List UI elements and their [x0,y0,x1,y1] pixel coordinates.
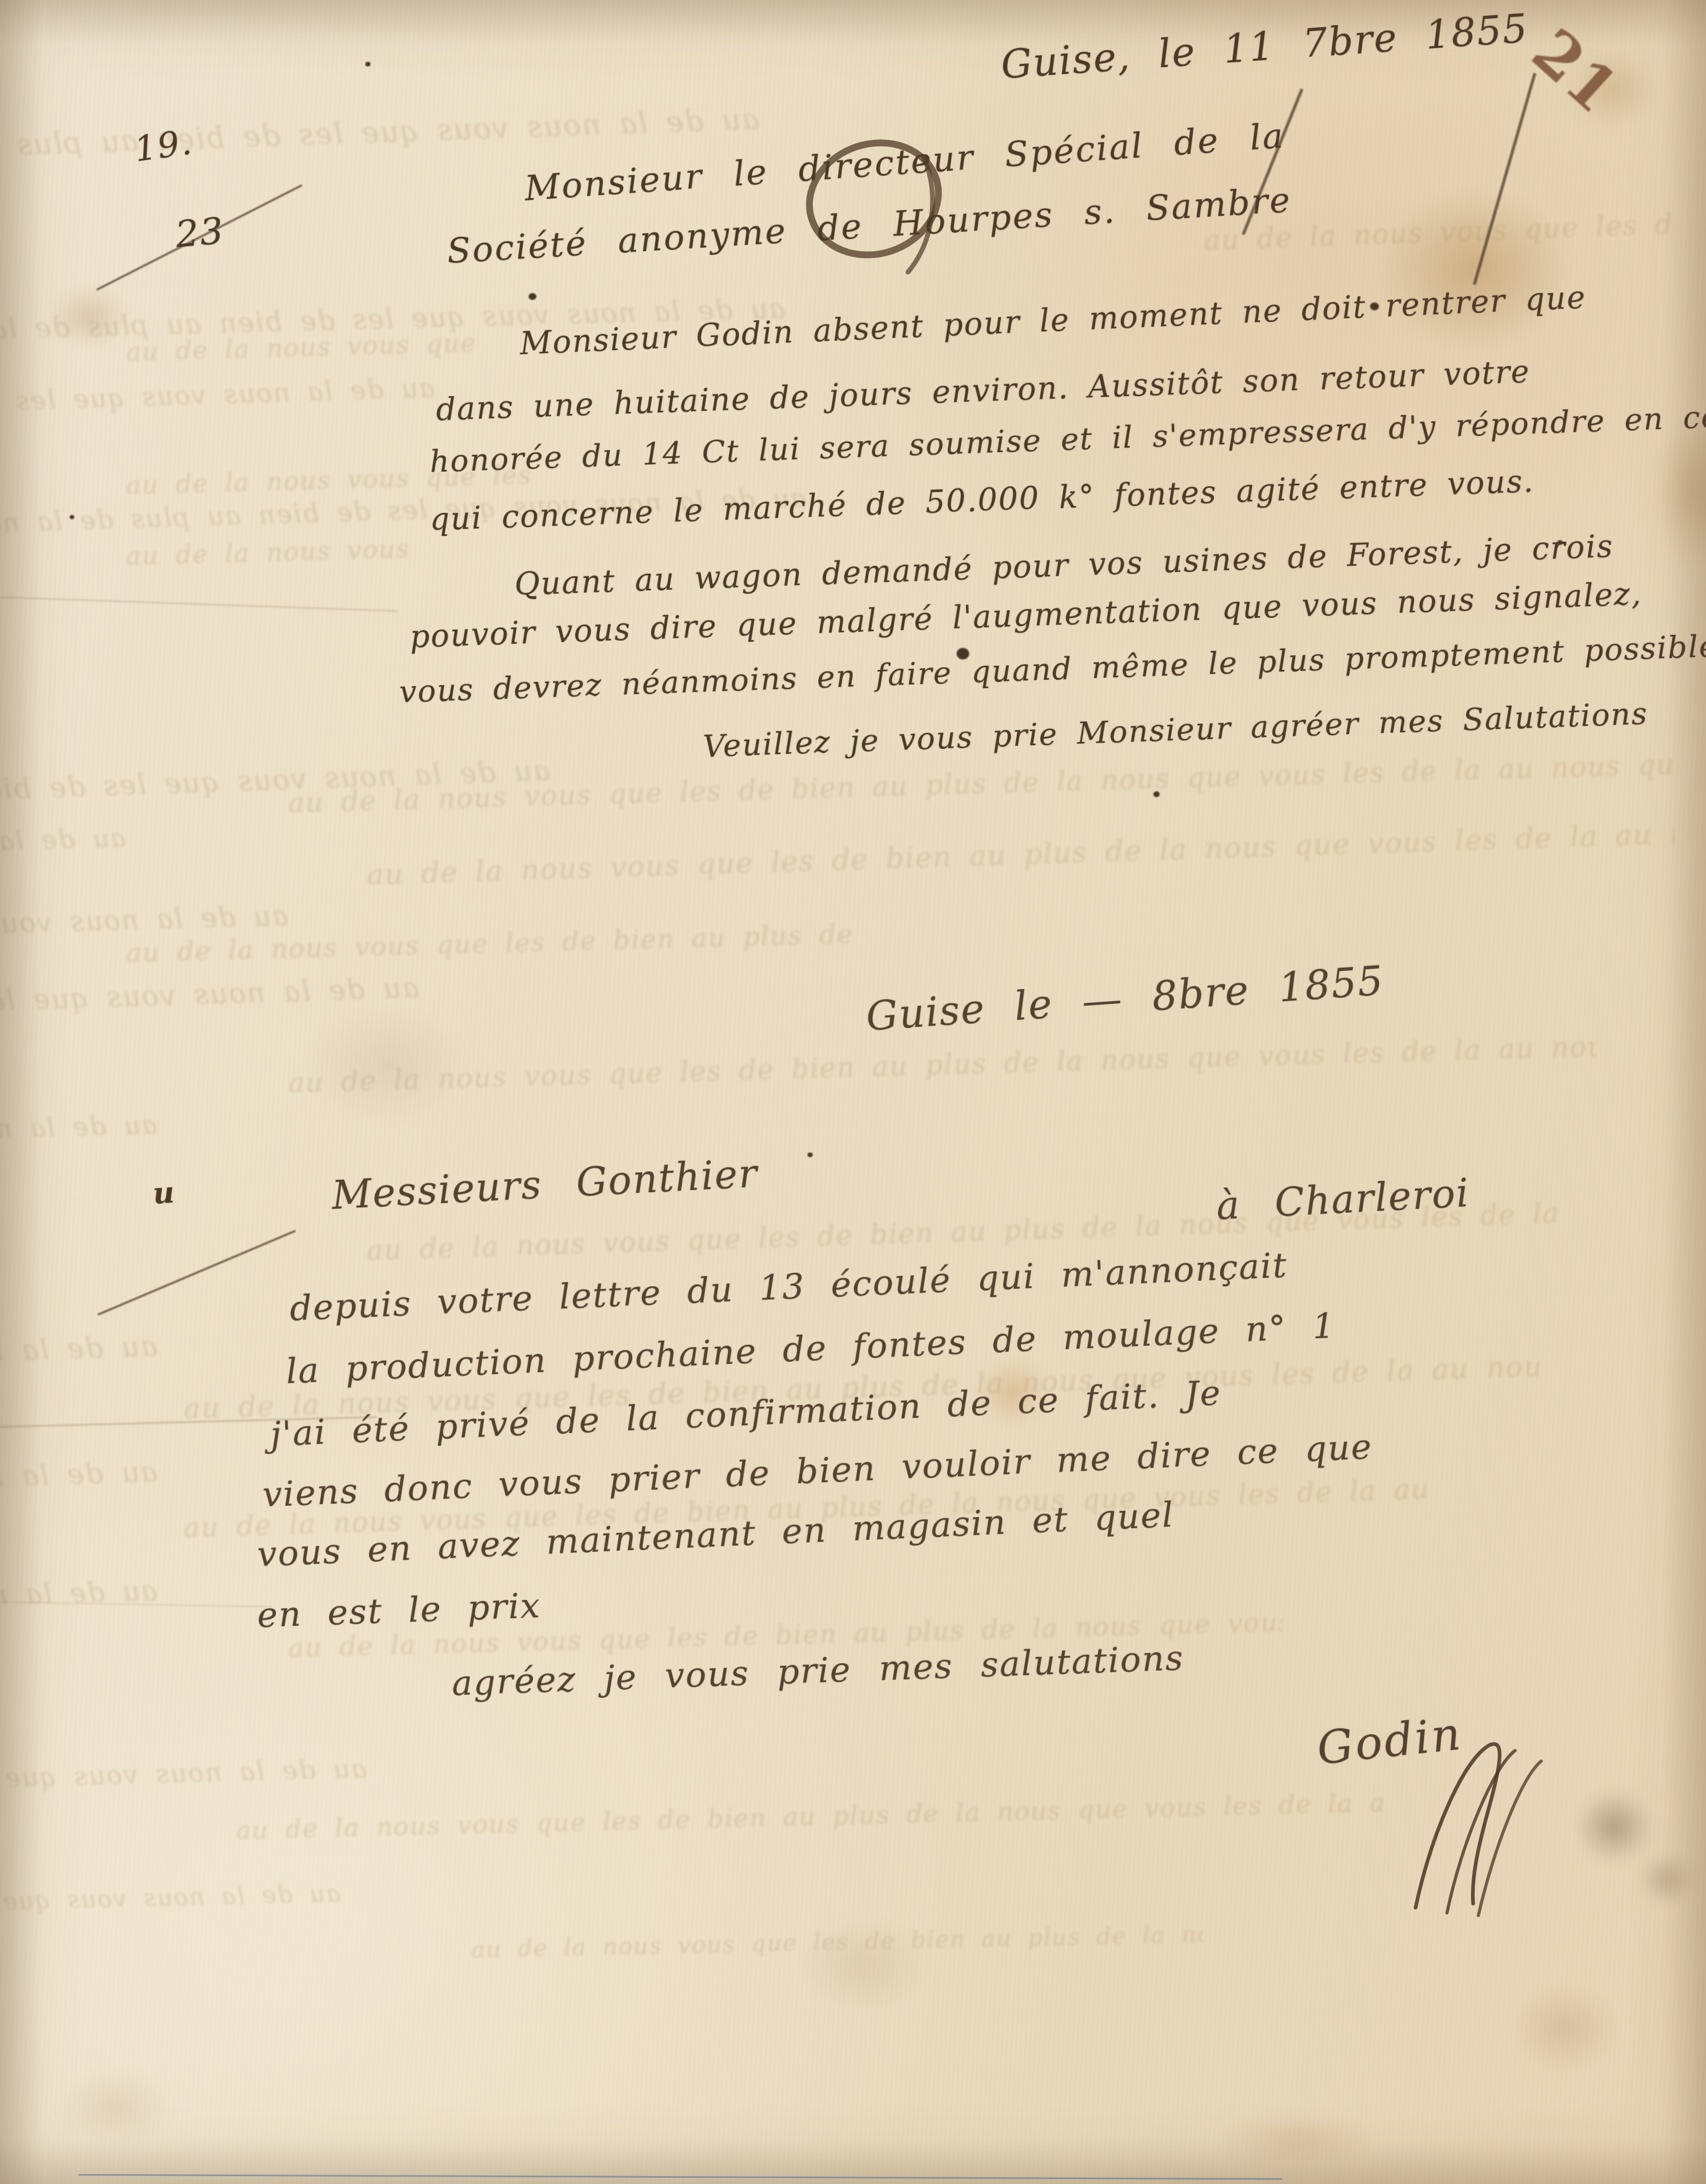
stain [775,1900,952,2031]
bleedthrough-text: au de la nous vous que les de bien au pl… [0,373,435,442]
ink-speck [1557,540,1563,545]
paper-crease [0,597,398,612]
bleedthrough-text: au de la nous vous que les de bien au pl… [366,817,1675,891]
bleedthrough-text: au de la nous vous que les de bien au pl… [0,1575,158,1639]
ink-speck [529,293,536,300]
bleedthrough-text: au de la nous vous que les de bien au pl… [0,1329,158,1407]
letter1-paragraph1-line: qui concerne le marché de 50.000 k° font… [429,463,1535,537]
letter2-dateline: Guise le — 8bre 1855 [865,957,1385,1040]
stain [1183,2104,1413,2177]
bleedthrough-text: au de la nous vous que les de bien au pl… [0,1455,158,1529]
signature-flourish [1384,1730,1552,1918]
bottom-edge-rule [78,2174,1282,2180]
bleedthrough-text: au de la nous vous que les de bien au pl… [126,534,419,571]
bleedthrough-text: au de la nous vous que les de bien au pl… [0,1753,367,1807]
ink-speck [70,515,74,519]
bleedthrough-text: au de la nous vous que les de bien au pl… [0,1879,341,1931]
margin-mark: u [152,1175,176,1211]
bleedthrough-text: au de la nous vous que les de bien au pl… [0,102,760,163]
stain [31,2052,199,2161]
ink-speck [957,648,969,659]
letter1-dateline: Guise, le 11 7bre 1855 [1000,6,1530,88]
ink-speck [1153,791,1160,797]
ink-speck [807,1152,813,1157]
margin-mark-slash [97,1230,296,1316]
ink-speck [1370,303,1379,310]
stain [1628,1842,1706,1916]
letter2-recipient-name: Messieurs Gonthier [331,1151,759,1218]
bleedthrough-text: au de la nous vous que les de bien au pl… [0,823,127,867]
stain [1491,1968,1638,2088]
filing-mark-denominator: 23 [174,209,226,256]
ink-speck [365,62,371,66]
filing-mark-numerator: 19. [132,122,195,170]
stain [1340,157,1612,382]
bleedthrough-text: au de la nous vous que les de bien au pl… [0,1110,158,1160]
scanned-letter-page: au de la nous vous que les de bien au pl… [0,0,1706,2184]
bleedthrough-text: au de la nous vous que les de bien au pl… [235,1788,1387,1845]
